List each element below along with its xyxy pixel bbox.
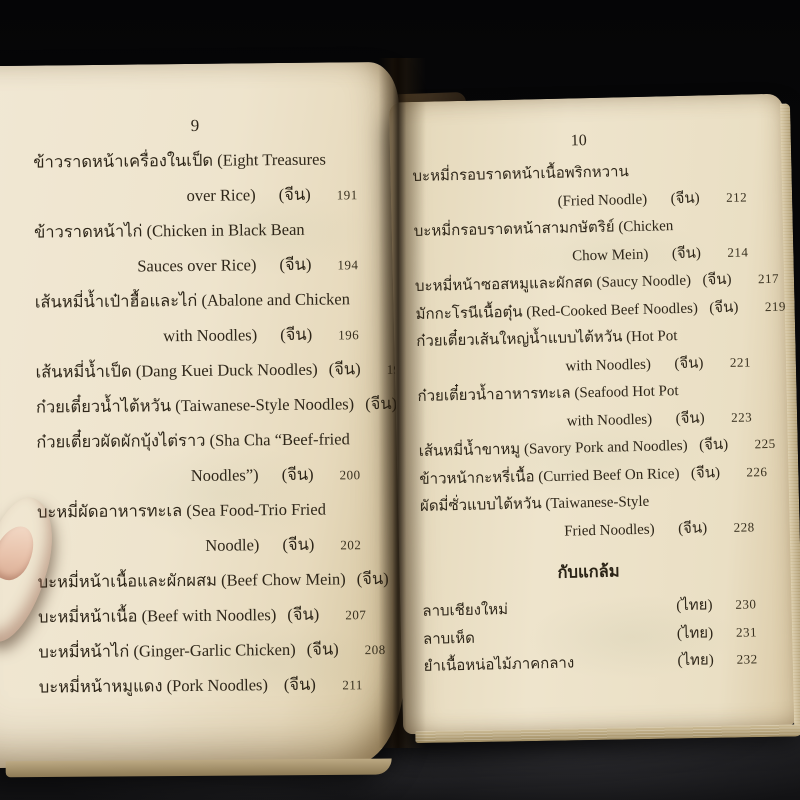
toc-row-text: ก๋วยเตี๋ยวผัดผักบุ้งไต่ราว (Sha Cha “Bee… bbox=[36, 426, 350, 455]
toc-row-origin: (ไทย) bbox=[669, 620, 722, 645]
right-page-number: 10 bbox=[412, 128, 746, 154]
toc-row-text: ก๋วยเตี๋ยวเส้นใหญ่น้ำแบบไต้หวัน (Hot Pot bbox=[416, 323, 678, 353]
toc-row-origin bbox=[305, 234, 359, 235]
toc-row-page: 221 bbox=[715, 354, 751, 371]
toc-row-origin bbox=[659, 174, 711, 175]
toc-row: over Rice)(จีน)191 bbox=[34, 181, 358, 219]
toc-row-page: 217 bbox=[743, 271, 779, 288]
toc-row-origin: (จีน) bbox=[659, 185, 712, 210]
toc-row-text: บะหมี่หน้าซอสหมูและผักสด (Saucy Noodle) bbox=[415, 268, 692, 298]
toc-row-page bbox=[711, 173, 747, 174]
toc-row-text: ลาบเชียงใหม่ bbox=[422, 593, 668, 623]
toc-row-origin: (จีน) bbox=[691, 267, 744, 292]
toc-row-text: เส้นหมี่น้ำขาหมู (Savory Pork and Noodle… bbox=[419, 433, 688, 463]
toc-row-text: ข้าวราดหน้าไก่ (Chicken in Black Bean bbox=[34, 217, 305, 246]
toc-row-origin: (จีน) bbox=[268, 252, 322, 279]
toc-row-page: 219 bbox=[750, 298, 786, 315]
toc-row-text: ลาบเห็ด bbox=[423, 621, 669, 651]
toc-row-origin: (จีน) bbox=[664, 405, 717, 430]
toc-row-origin bbox=[326, 164, 380, 165]
toc-row-page: 225 bbox=[739, 436, 775, 453]
toc-row-text: Fried Noodles) bbox=[421, 521, 667, 544]
toc-row: ข้าวราดหน้าเครื่องในเป็ด (Eight Treasure… bbox=[33, 146, 357, 184]
toc-row-text: บะหมี่หน้าไก่ (Ginger-Garlic Chicken) bbox=[38, 637, 295, 666]
toc-row-page: 214 bbox=[712, 244, 748, 261]
toc-row: Noodles”)(จีน)200 bbox=[37, 461, 361, 499]
thumb-nail bbox=[0, 520, 41, 586]
toc-row: บะหมี่หน้าไก่ (Ginger-Garlic Chicken)(จี… bbox=[38, 636, 362, 674]
toc-row-origin bbox=[679, 394, 731, 395]
toc-row-origin: (จีน) bbox=[666, 515, 719, 540]
toc-row-text: ข้าวหน้ากะหรี่เนื้อ (Curried Beef On Ric… bbox=[419, 461, 680, 491]
toc-row-text: Noodle) bbox=[37, 535, 271, 557]
toc-row-text: over Rice) bbox=[34, 185, 268, 207]
toc-row-text: Noodles”) bbox=[37, 465, 271, 487]
toc-row-origin: (ไทย) bbox=[669, 647, 722, 672]
toc-row-origin: (จีน) bbox=[270, 462, 324, 489]
toc-row-text: มักกะโรนีเนื้อตุ๋น (Red-Cooked Beef Nood… bbox=[415, 295, 698, 325]
toc-row-origin: (จีน) bbox=[346, 566, 400, 593]
toc-row: Noodle)(จีน)202 bbox=[37, 531, 361, 569]
toc-row-origin bbox=[678, 339, 730, 340]
toc-row-text: Chow Mein) bbox=[414, 246, 660, 269]
left-page-content: 9 ข้าวราดหน้าเครื่องในเป็ด (Eight Treasu… bbox=[33, 114, 363, 709]
toc-row-page bbox=[725, 228, 761, 229]
toc-row-origin bbox=[666, 504, 718, 505]
toc-row-text: Sauces over Rice) bbox=[34, 255, 268, 277]
left-page: 9 ข้าวราดหน้าเครื่องในเป็ด (Eight Treasu… bbox=[0, 62, 406, 768]
toc-row-text: เส้นหมี่น้ำเป๋าฮื้อและไก่ (Abalone and C… bbox=[35, 286, 350, 315]
toc-row-text: with Noodles) bbox=[417, 356, 663, 379]
toc-row-page: 232 bbox=[721, 651, 757, 668]
left-page-number: 9 bbox=[33, 114, 357, 137]
toc-row-origin bbox=[673, 229, 725, 230]
toc-row-text: with Noodles) bbox=[35, 325, 269, 347]
toc-row: บะหมี่ผัดอาหารทะเล (Sea Food-Trio Fried bbox=[37, 496, 361, 534]
toc-row-page: 223 bbox=[716, 409, 752, 426]
toc-row-page: 231 bbox=[721, 624, 757, 641]
toc-row-page: 228 bbox=[718, 519, 754, 536]
toc-row-origin: (จีน) bbox=[268, 182, 322, 209]
toc-row-origin: (จีน) bbox=[318, 356, 372, 383]
toc-row-origin: (จีน) bbox=[271, 532, 325, 559]
toc-row-text: บะหมี่ผัดอาหารทะเล (Sea Food-Trio Fried bbox=[37, 497, 326, 526]
toc-row-page bbox=[718, 503, 754, 504]
toc-row-text: ก๋วยเตี๋ยวน้ำไต้หวัน (Taiwanese-Style No… bbox=[36, 391, 354, 420]
toc-row-page: 226 bbox=[731, 464, 767, 481]
toc-row-page: 230 bbox=[720, 596, 756, 613]
toc-row: เส้นหมี่น้ำเป็ด (Dang Kuei Duck Noodles)… bbox=[35, 356, 359, 394]
toc-row-origin: (จีน) bbox=[663, 350, 716, 375]
toc-row-text: ข้าวราดหน้าเครื่องในเป็ด (Eight Treasure… bbox=[33, 147, 326, 176]
toc-row-origin: (จีน) bbox=[273, 672, 327, 699]
toc-row-origin: (จีน) bbox=[276, 602, 330, 629]
toc-row-origin: (จีน) bbox=[296, 636, 350, 663]
toc-row: บะหมี่หน้าเนื้อและผักผสม (Beef Chow Mein… bbox=[38, 566, 362, 604]
toc-row-page bbox=[729, 338, 765, 339]
toc-row-page: 200 bbox=[325, 467, 361, 483]
toc-row-text: (Fried Noodle) bbox=[413, 191, 659, 214]
toc-row: ข้าวราดหน้าไก่ (Chicken in Black Bean bbox=[34, 216, 358, 254]
toc-row-origin: (จีน) bbox=[269, 322, 323, 349]
toc-row-origin: (จีน) bbox=[687, 432, 740, 457]
toc-row-page: 207 bbox=[330, 607, 366, 623]
toc-row-origin: (จีน) bbox=[660, 240, 713, 265]
toc-row: บะหมี่หน้าเนื้อ (Beef with Noodles)(จีน)… bbox=[38, 601, 362, 639]
toc-row-page: 208 bbox=[350, 642, 386, 658]
toc-row-text: ก๋วยเตี๋ยวน้ำอาหารทะเล (Seafood Hot Pot bbox=[417, 378, 679, 408]
toc-row: บะหมี่หน้าหมูแดง (Pork Noodles)(จีน)211 bbox=[39, 671, 363, 709]
toc-row-text: บะหมี่หน้าหมูแดง (Pork Noodles) bbox=[39, 672, 273, 700]
toc-row: Sauces over Rice)(จีน)194 bbox=[34, 251, 358, 289]
toc-row-text: บะหมี่หน้าเนื้อและผักผสม (Beef Chow Mein… bbox=[38, 566, 346, 595]
right-page-content: 10 บะหมี่กรอบราดหน้าเนื้อพริกหวาน (Fried… bbox=[412, 128, 758, 681]
toc-row-page: 196 bbox=[323, 327, 359, 343]
toc-row-page: 211 bbox=[327, 677, 363, 693]
toc-row-origin bbox=[326, 514, 380, 515]
toc-row: เส้นหมี่น้ำเป๋าฮื้อและไก่ (Abalone and C… bbox=[35, 286, 359, 324]
toc-row-page: 212 bbox=[711, 189, 747, 206]
toc-row-text: บะหมี่หน้าเนื้อ (Beef with Noodles) bbox=[38, 602, 276, 630]
toc-row-origin: (จีน) bbox=[698, 294, 751, 319]
toc-row-origin: (จีน) bbox=[679, 459, 732, 484]
toc-row: ก๋วยเตี๋ยวน้ำไต้หวัน (Taiwanese-Style No… bbox=[36, 391, 360, 429]
toc-row: ก๋วยเตี๋ยวผัดผักบุ้งไต่ราว (Sha Cha “Bee… bbox=[36, 426, 360, 464]
section-header: กับแกล้ม bbox=[421, 555, 756, 589]
toc-row-text: ผัดมี่ซั่วแบบไต้หวัน (Taiwanese-Style bbox=[420, 488, 666, 518]
toc-row-text: บะหมี่กรอบราดหน้าเนื้อพริกหวาน bbox=[412, 158, 658, 188]
toc-row-text: เส้นหมี่น้ำเป็ด (Dang Kuei Duck Noodles) bbox=[35, 357, 317, 386]
toc-row-text: with Noodles) bbox=[418, 411, 664, 434]
toc-row-text: บะหมี่กรอบราดหน้าสามกษัตริย์ (Chicken bbox=[414, 213, 674, 243]
toc-row-page: 191 bbox=[322, 187, 358, 203]
toc-row: with Noodles)(จีน)196 bbox=[35, 321, 359, 359]
toc-row-text: ยำเนื้อหน่อไม้ภาคกลาง bbox=[423, 648, 669, 678]
book-photo: 9 ข้าวราดหน้าเครื่องในเป็ด (Eight Treasu… bbox=[0, 0, 800, 800]
toc-row-origin: (ไทย) bbox=[668, 592, 721, 617]
toc-row-page: 194 bbox=[322, 257, 358, 273]
right-page: 10 บะหมี่กรอบราดหน้าเนื้อพริกหวาน (Fried… bbox=[389, 94, 797, 735]
toc-row-page bbox=[731, 393, 767, 394]
toc-row-page: 202 bbox=[325, 537, 361, 553]
